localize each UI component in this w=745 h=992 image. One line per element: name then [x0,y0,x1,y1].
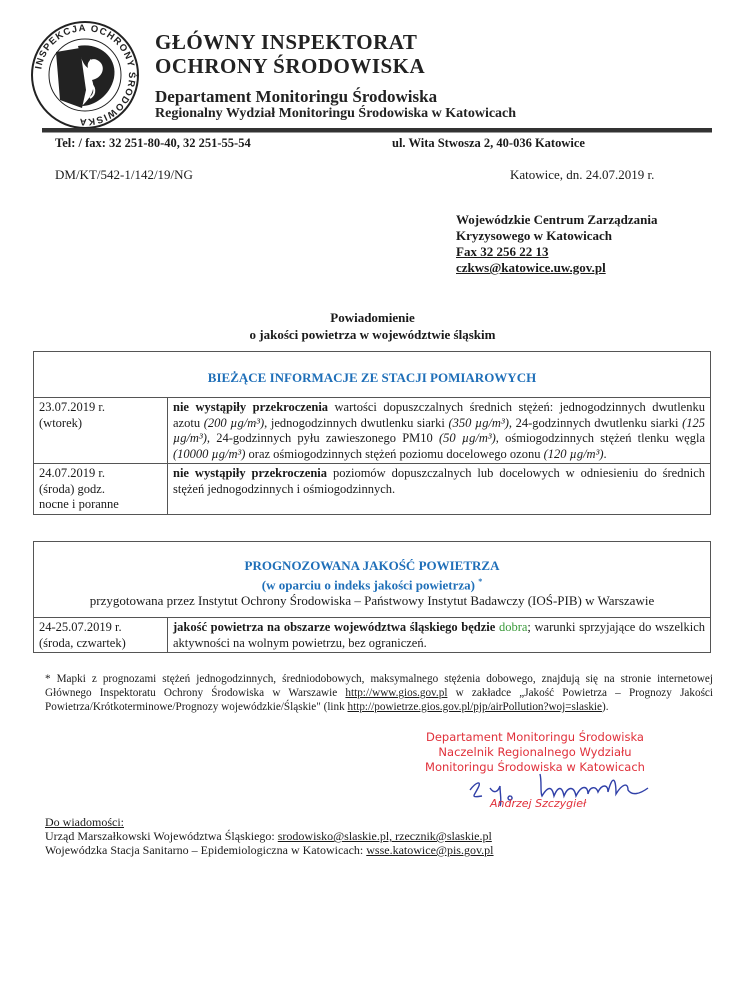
table-row: 24-25.07.2019 r. (środa, czwartek) jakoś… [34,618,710,653]
forecast-source: przygotowana przez Instytut Ochrony Środ… [34,593,710,609]
gios-logo-icon: INSPEKCJA OCHRONY ŚRODOWISKA [30,20,140,130]
current-info-header: BIEŻĄCE INFORMACJE ZE STACJI POMIAROWYCH [34,352,710,397]
description-cell: nie wystąpiły przekroczenia poziomów dop… [168,464,711,514]
date-cell: 24-25.07.2019 r. (środa, czwartek) [34,618,168,653]
division-name: Regionalny Wydział Monitoringu Środowisk… [155,106,516,122]
air-quality-level: dobra [499,620,527,634]
air-pollution-link[interactable]: http://powietrze.gios.gov.pl/pjp/airPoll… [348,701,602,713]
marshal-office-emails-link[interactable]: srodowisko@slaskie.pl, rzecznik@slaskie.… [278,829,492,843]
forecast-header: PROGNOZOWANA JAKOŚĆ POWIETRZA (w oparciu… [34,542,710,617]
department-name: Departament Monitoringu Środowiska [155,87,437,107]
distribution-heading: Do wiadomości: [45,815,494,829]
recipient-block: Wojewódzkie Centrum Zarządzania Kryzysow… [456,212,657,276]
forecast-description-cell: jakość powietrza na obszarze województwa… [168,618,711,653]
footnote: * Mapki z prognozami stężeń jednogodzinn… [45,672,713,714]
document-title: Powiadomienie o jakości powietrza w woje… [0,309,745,343]
address: ul. Wita Stwosza 2, 40-036 Katowice [392,136,585,151]
recipient-line2: Kryzysowego w Katowicach [456,228,657,244]
recipient-email-link[interactable]: czkws@katowice.uw.gov.pl [456,260,657,276]
recipient-line1: Wojewódzkie Centrum Zarządzania [456,212,657,228]
place-date: Katowice, dn. 24.07.2019 r. [510,167,654,183]
table-row: 24.07.2019 r. (środa) godz. nocne i pora… [34,464,710,514]
distribution-list: Do wiadomości: Urząd Marszałkowski Wojew… [45,815,494,857]
signatory-name: Andrzej Szczygieł [490,797,586,810]
date-cell: 24.07.2019 r. (środa) godz. nocne i pora… [34,464,168,514]
date-cell: 23.07.2019 r. (wtorek) [34,398,168,464]
header-divider [42,128,712,133]
wsse-email-link[interactable]: wsse.katowice@pis.gov.pl [366,843,493,857]
description-cell: nie wystąpiły przekroczenia wartości dop… [168,398,711,464]
current-info-table: BIEŻĄCE INFORMACJE ZE STACJI POMIAROWYCH… [33,351,711,515]
table-row: 23.07.2019 r. (wtorek) nie wystąpiły prz… [34,398,710,464]
phone-fax: Tel: / fax: 32 251-80-40, 32 251-55-54 [55,136,251,151]
gios-link[interactable]: http://www.gios.gov.pl [345,687,447,699]
list-item: Wojewódzka Stacja Sanitarno – Epidemiolo… [45,843,494,857]
recipient-fax: Fax 32 256 22 13 [456,244,657,260]
forecast-table: PROGNOZOWANA JAKOŚĆ POWIETRZA (w oparciu… [33,541,711,653]
list-item: Urząd Marszałkowski Województwa Śląskieg… [45,829,494,843]
reference-number: DM/KT/542-1/142/19/NG [55,167,193,183]
organization-name: GŁÓWNY INSPEKTORAT OCHRONY ŚRODOWISKA [155,30,425,78]
